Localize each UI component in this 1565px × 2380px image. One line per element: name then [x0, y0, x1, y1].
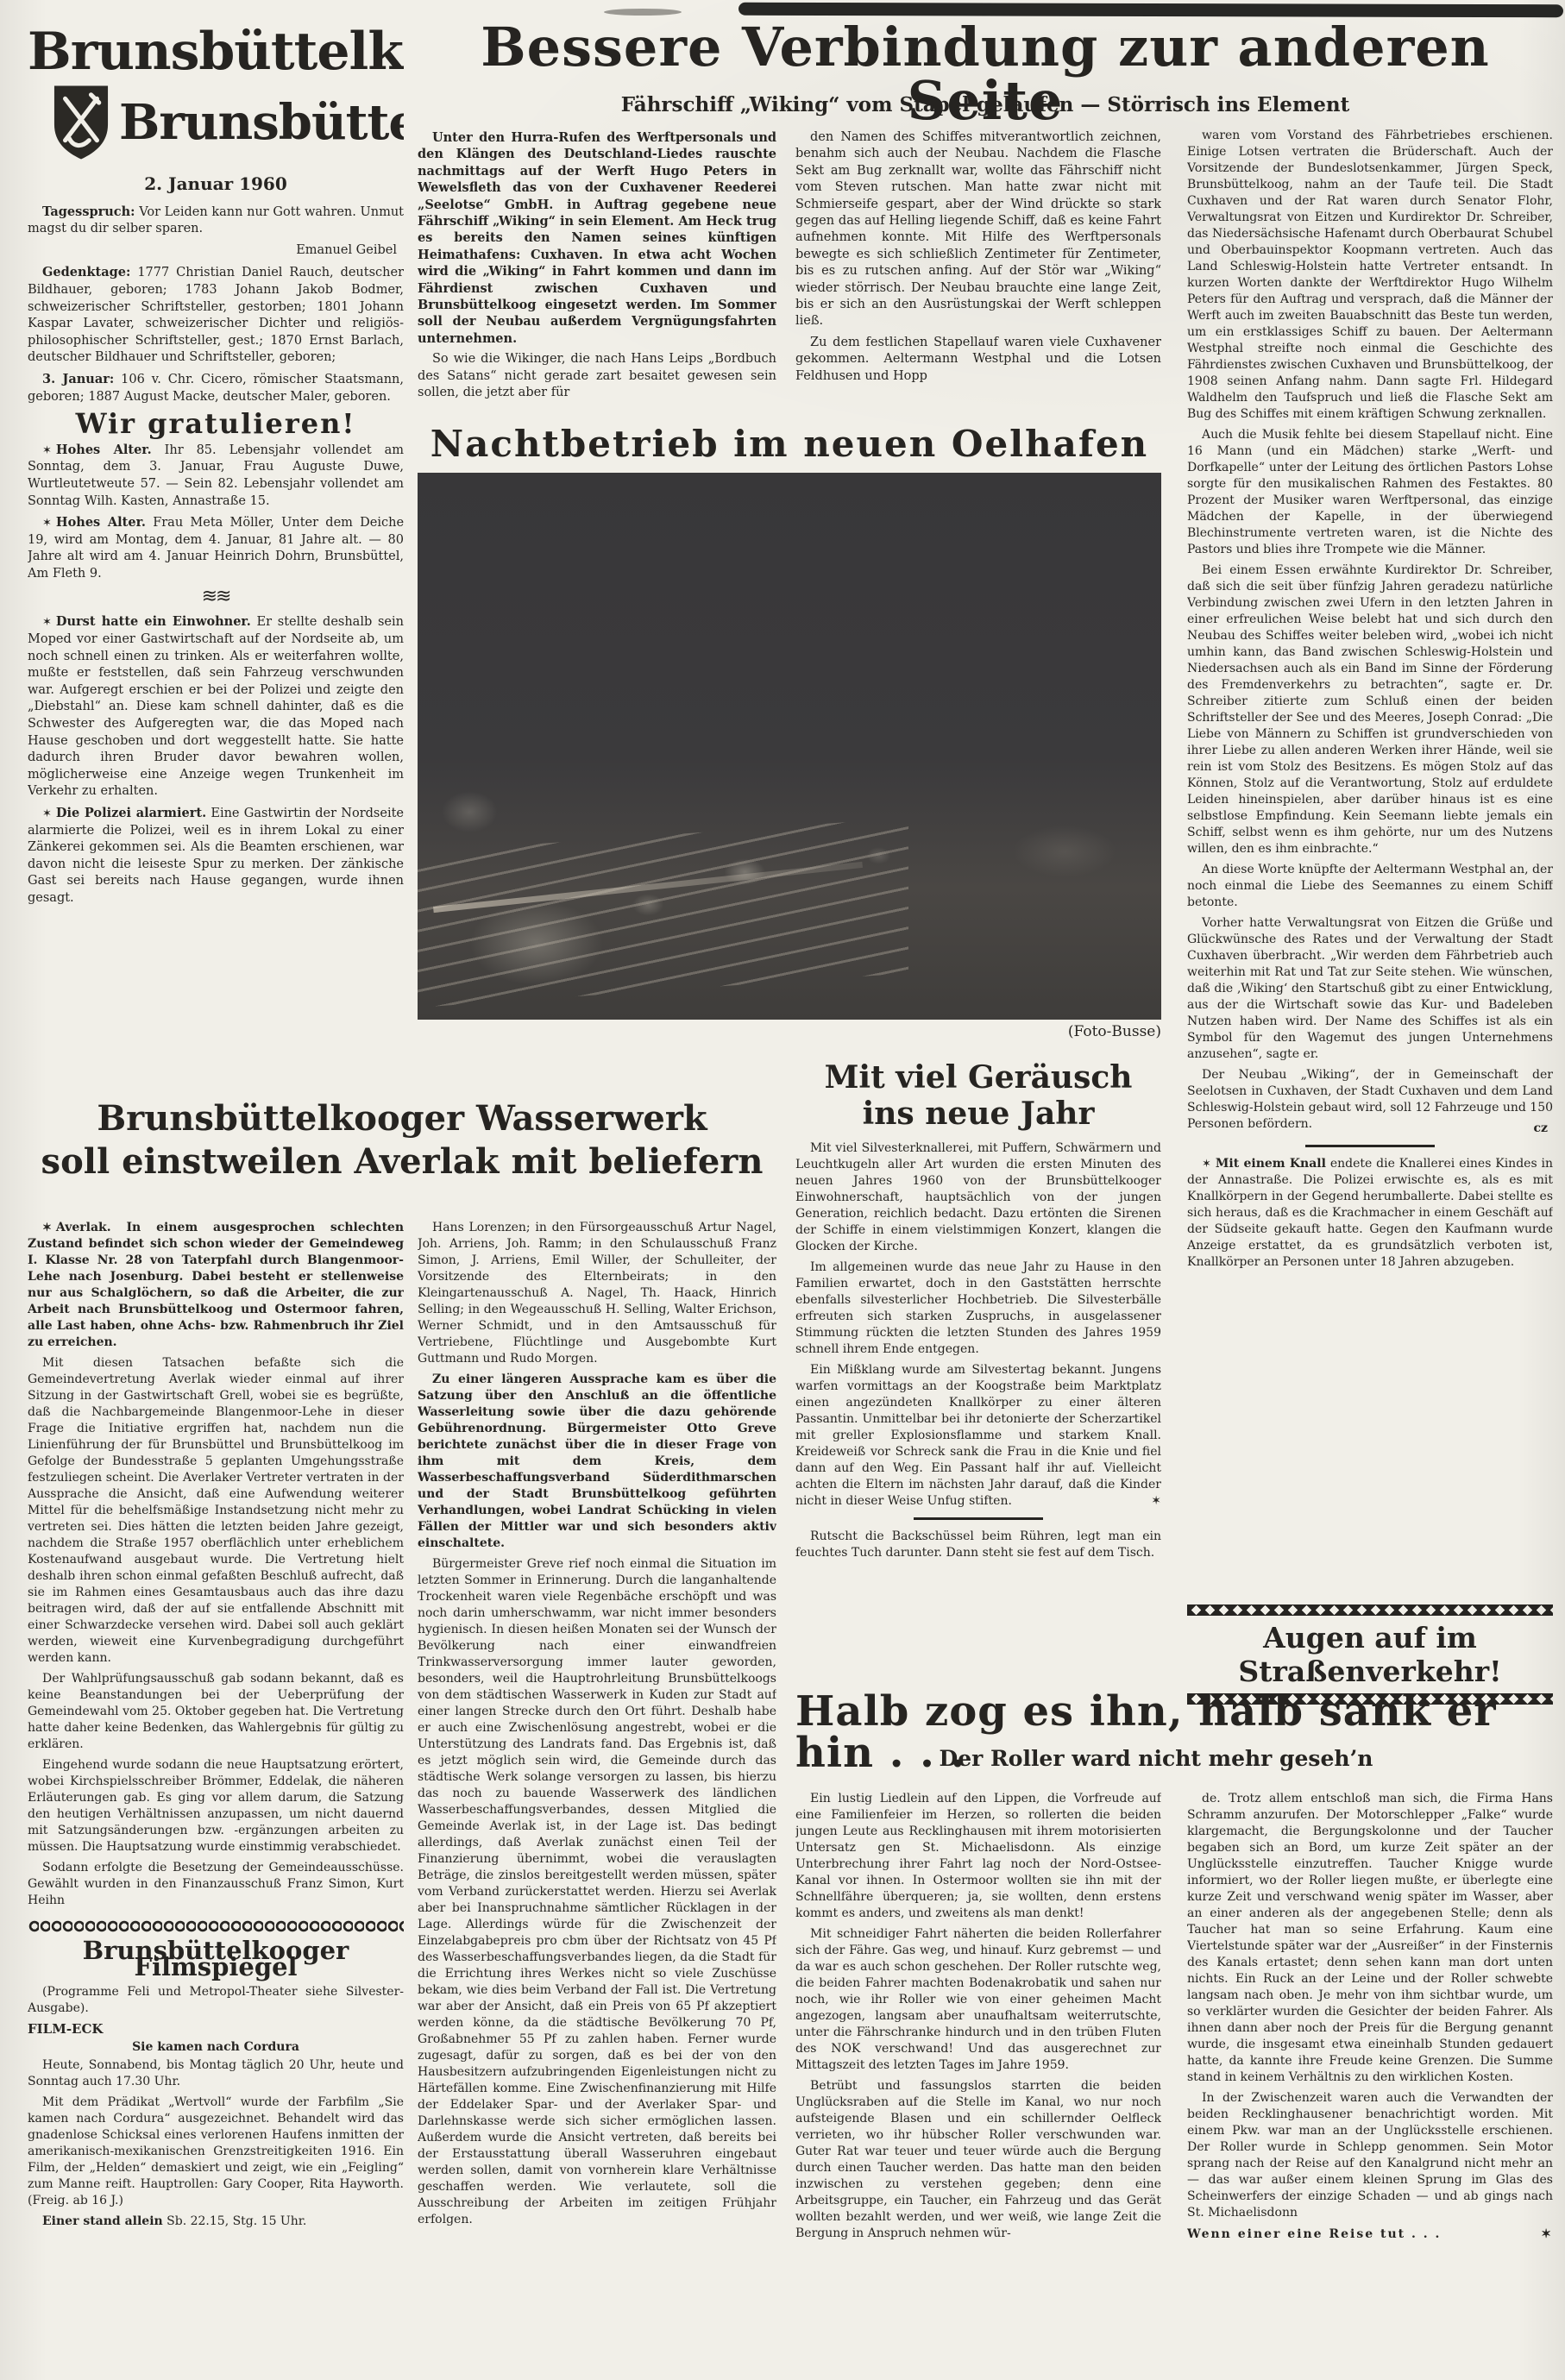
second-film: Einer stand allein Sb. 22.15, Stg. 15 Uh… [28, 2214, 404, 2230]
item-lead: Hohes Alter. [56, 515, 146, 530]
wasserwerk-headline-line2: soll einstweilen Averlak mit beliefern [28, 1140, 776, 1184]
roller-closing-line: Wenn einer eine Reise tut . . . ✶ [1187, 2226, 1553, 2243]
harbor-night-photo [418, 473, 1161, 1020]
silvester-article: Mit viel Geräusch ins neue Jahr Mit viel… [795, 1059, 1161, 1682]
paragraph: waren vom Vorstand des Fährbetriebes ers… [1187, 128, 1553, 423]
wasserwerk-column-1: ✶Averlak. In einem ausgesprochen schlech… [28, 1220, 404, 2380]
paragraph: Der Wahlprüfungsausschuß gab sodann beka… [28, 1671, 404, 1753]
filmspiegel-section-label: FILM-ECK [28, 2021, 404, 2038]
paragraph-text: Ein Mißklang wurde am Silvestertag bekan… [795, 1363, 1161, 1508]
gedenktage: Gedenktage: 1777 Christian Daniel Rauch,… [28, 264, 404, 367]
masthead-row: Brunsbüttel [28, 83, 404, 162]
tagesspruch-label: Tagesspruch: [42, 204, 135, 219]
paragraph: So wie die Wikinger, die nach Hans Leips… [418, 351, 776, 401]
coat-of-arms-icon [50, 83, 112, 162]
second-film-times: Sb. 22.15, Stg. 15 Uhr. [167, 2214, 306, 2228]
film-review: Mit dem Prädikat „Wertvoll“ wurde der Fa… [28, 2094, 404, 2209]
news-item-durst: ✶Durst hatte ein Einwohner. Er stellte d… [28, 613, 404, 801]
paragraph: Mit viel Silvesterknallerei, mit Puffern… [795, 1140, 1161, 1255]
item-lead: Mit einem Knall [1216, 1157, 1326, 1171]
newspaper-page: Brunsbüttelkoog Brunsbüttel 2. Januar 19… [0, 0, 1565, 2380]
star-icon: ✶ [1202, 1158, 1211, 1171]
filmspiegel-heading: Brunsbüttelkooger Filmspiegel [28, 1943, 404, 1975]
wasserwerk-headline: Brunsbüttelkooger Wasserwerk soll einstw… [28, 1097, 776, 1184]
item-lead: Die Polizei alarmiert. [56, 806, 206, 820]
photo-pier-structure [418, 818, 908, 1008]
article-divider [1305, 1145, 1435, 1147]
closing-text: Wenn einer eine Reise tut . . . [1187, 2226, 1441, 2243]
news-item-hohes-alter-1: ✶Hohes Alter. Ihr 85. Lebensjahr vollend… [28, 442, 404, 510]
paragraph: An diese Worte knüpfte der Aeltermann We… [1187, 862, 1553, 911]
paragraph: Zu dem festlichen Stapellauf waren viele… [795, 335, 1161, 385]
main-subhead: Fährschiff „Wiking“ vom Stapel gelaufen … [418, 93, 1553, 116]
paragraph: Zu einer längeren Aussprache kam es über… [418, 1372, 776, 1552]
banner-text: Augen auf im Straßenverkehr! [1187, 1616, 1553, 1693]
paragraph: Mit schneidiger Fahrt näherten die beide… [795, 1926, 1161, 2074]
paragraph: Bei einem Essen erwähnte Kurdirektor Dr.… [1187, 562, 1553, 857]
paragraph: Auch die Musik fehlte bei diesem Stapell… [1187, 427, 1553, 558]
jan3-label: 3. Januar: [42, 372, 114, 386]
item-text: endete die Knallerei eines Kindes in der… [1187, 1157, 1553, 1269]
roller-subhead: Der Roller ward nicht mehr geseh’n [880, 1746, 1432, 1771]
jan3-entry: 3. Januar: 106 v. Chr. Cicero, römischer… [28, 371, 404, 405]
paragraph: Hans Lorenzen; in den Fürsorgeausschuß A… [418, 1220, 776, 1367]
left-column: Brunsbüttelkoog Brunsbüttel 2. Januar 19… [28, 26, 404, 1097]
star-icon: ✶ [42, 517, 52, 530]
news-item-knall: ✶Mit einem Knall endete die Knallerei ei… [1187, 1156, 1553, 1271]
paragraph: Ein Mißklang wurde am Silvestertag bekan… [795, 1362, 1161, 1510]
paragraph: Sodann erfolgte die Besetzung der Gemein… [28, 1860, 404, 1909]
paragraph: In der Zwischenzeit waren auch die Verwa… [1187, 2090, 1553, 2221]
silvester-heading-line1: Mit viel Geräusch [795, 1059, 1161, 1096]
gratulieren-heading: Wir gratulieren! [28, 416, 404, 433]
wasserwerk-column-2: Hans Lorenzen; in den Fürsorgeausschuß A… [418, 1220, 776, 2380]
paragraph: Mit diesen Tatsachen befaßte sich die Ge… [28, 1355, 404, 1667]
paragraph: Vorher hatte Verwaltungsrat von Eitzen d… [1187, 915, 1553, 1063]
news-item-polizei: ✶Die Polizei alarmiert. Eine Gastwirtin … [28, 805, 404, 907]
silvester-heading: Mit viel Geräusch ins neue Jahr [795, 1059, 1161, 1132]
paragraph: de. Trotz allem entschloß man sich, die … [1187, 1791, 1553, 2086]
star-icon: ✶ [42, 444, 52, 457]
roller-column-1: Ein lustig Liedlein auf den Lippen, die … [795, 1791, 1161, 2380]
silvester-heading-line2: ins neue Jahr [795, 1096, 1161, 1132]
paragraph: Betrübt und fassungslos starrten die bei… [795, 2078, 1161, 2242]
paragraph: Ein lustig Liedlein auf den Lippen, die … [795, 1791, 1161, 1922]
item-text: Er stellte deshalb sein Moped vor einer … [28, 615, 404, 798]
star-icon: ✶ [42, 807, 52, 820]
main-article-column-2: den Namen des Schiffes mitverantwortlich… [795, 129, 1161, 421]
second-film-title: Einer stand allein [42, 2214, 163, 2228]
filmspiegel-note: (Programme Feli und Metropol-Theater sie… [28, 1984, 404, 2017]
chain-border [28, 1919, 404, 1934]
news-item-hohes-alter-2: ✶Hohes Alter. Frau Meta Möller, Unter de… [28, 514, 404, 582]
item-text: Eine Gastwirtin der Nordseite alarmierte… [28, 807, 404, 905]
squiggle-divider-icon: ≋≋ [28, 587, 404, 606]
paragraph: Unter den Hurra-Rufen des Werftpersonals… [418, 129, 776, 347]
zigzag-border-top [1187, 1604, 1553, 1616]
item-lead: Averlak. [56, 1221, 111, 1234]
tip-divider [914, 1517, 1043, 1520]
photo-credit: (Foto-Busse) [880, 1023, 1161, 1040]
edition-date: 2. Januar 1960 [28, 176, 404, 193]
tagesspruch: Tagesspruch: Vor Leiden kann nur Gott wa… [28, 204, 404, 238]
photo-feature-heading: Nachtbetrieb im neuen Oelhafen [418, 423, 1161, 465]
star-icon: ✶ [42, 616, 52, 629]
masthead-title-line1: Brunsbüttelkoog [28, 26, 404, 78]
star-icon: ✶ [42, 1221, 52, 1234]
news-item-averlak: ✶Averlak. In einem ausgesprochen schlech… [28, 1220, 404, 1351]
film-showtimes: Heute, Sonnabend, bis Montag täglich 20 … [28, 2057, 404, 2090]
paragraph: Bürgermeister Greve rief noch einmal die… [418, 1556, 776, 2228]
scan-artifact-small [604, 9, 682, 16]
gedenktage-label: Gedenktage: [42, 265, 130, 279]
star-icon: ✶ [1541, 2226, 1553, 2243]
item-text: In einem ausgesprochen schlechten Zustan… [28, 1221, 404, 1349]
paragraph: Eingehend wurde sodann die neue Hauptsat… [28, 1757, 404, 1856]
main-article-column-1: Unter den Hurra-Rufen des Werftpersonals… [418, 129, 776, 421]
film-title: Sie kamen nach Cordura [28, 2039, 404, 2056]
tagesspruch-author: Emanuel Geibel [28, 242, 397, 260]
masthead-title-line2: Brunsbüttel [119, 98, 404, 147]
paragraph: Im allgemeinen wurde das neue Jahr zu Ha… [795, 1259, 1161, 1358]
star-icon: ✶ [1151, 1493, 1161, 1510]
gedenktage-text: 1777 Christian Daniel Rauch, deutscher B… [28, 266, 404, 364]
item-lead: Hohes Alter. [56, 443, 152, 457]
paragraph: den Namen des Schiffes mitverantwortlich… [795, 129, 1161, 330]
item-lead: Durst hatte ein Einwohner. [56, 614, 251, 629]
photo-light-glow [1013, 826, 1116, 877]
household-tip: Rutscht die Backschüssel beim Rühren, le… [795, 1529, 1161, 1561]
wasserwerk-headline-line1: Brunsbüttelkooger Wasserwerk [28, 1097, 776, 1140]
roller-column-2: de. Trotz allem entschloß man sich, die … [1187, 1791, 1553, 2380]
right-column: waren vom Vorstand des Fährbetriebes ers… [1187, 128, 1553, 1601]
